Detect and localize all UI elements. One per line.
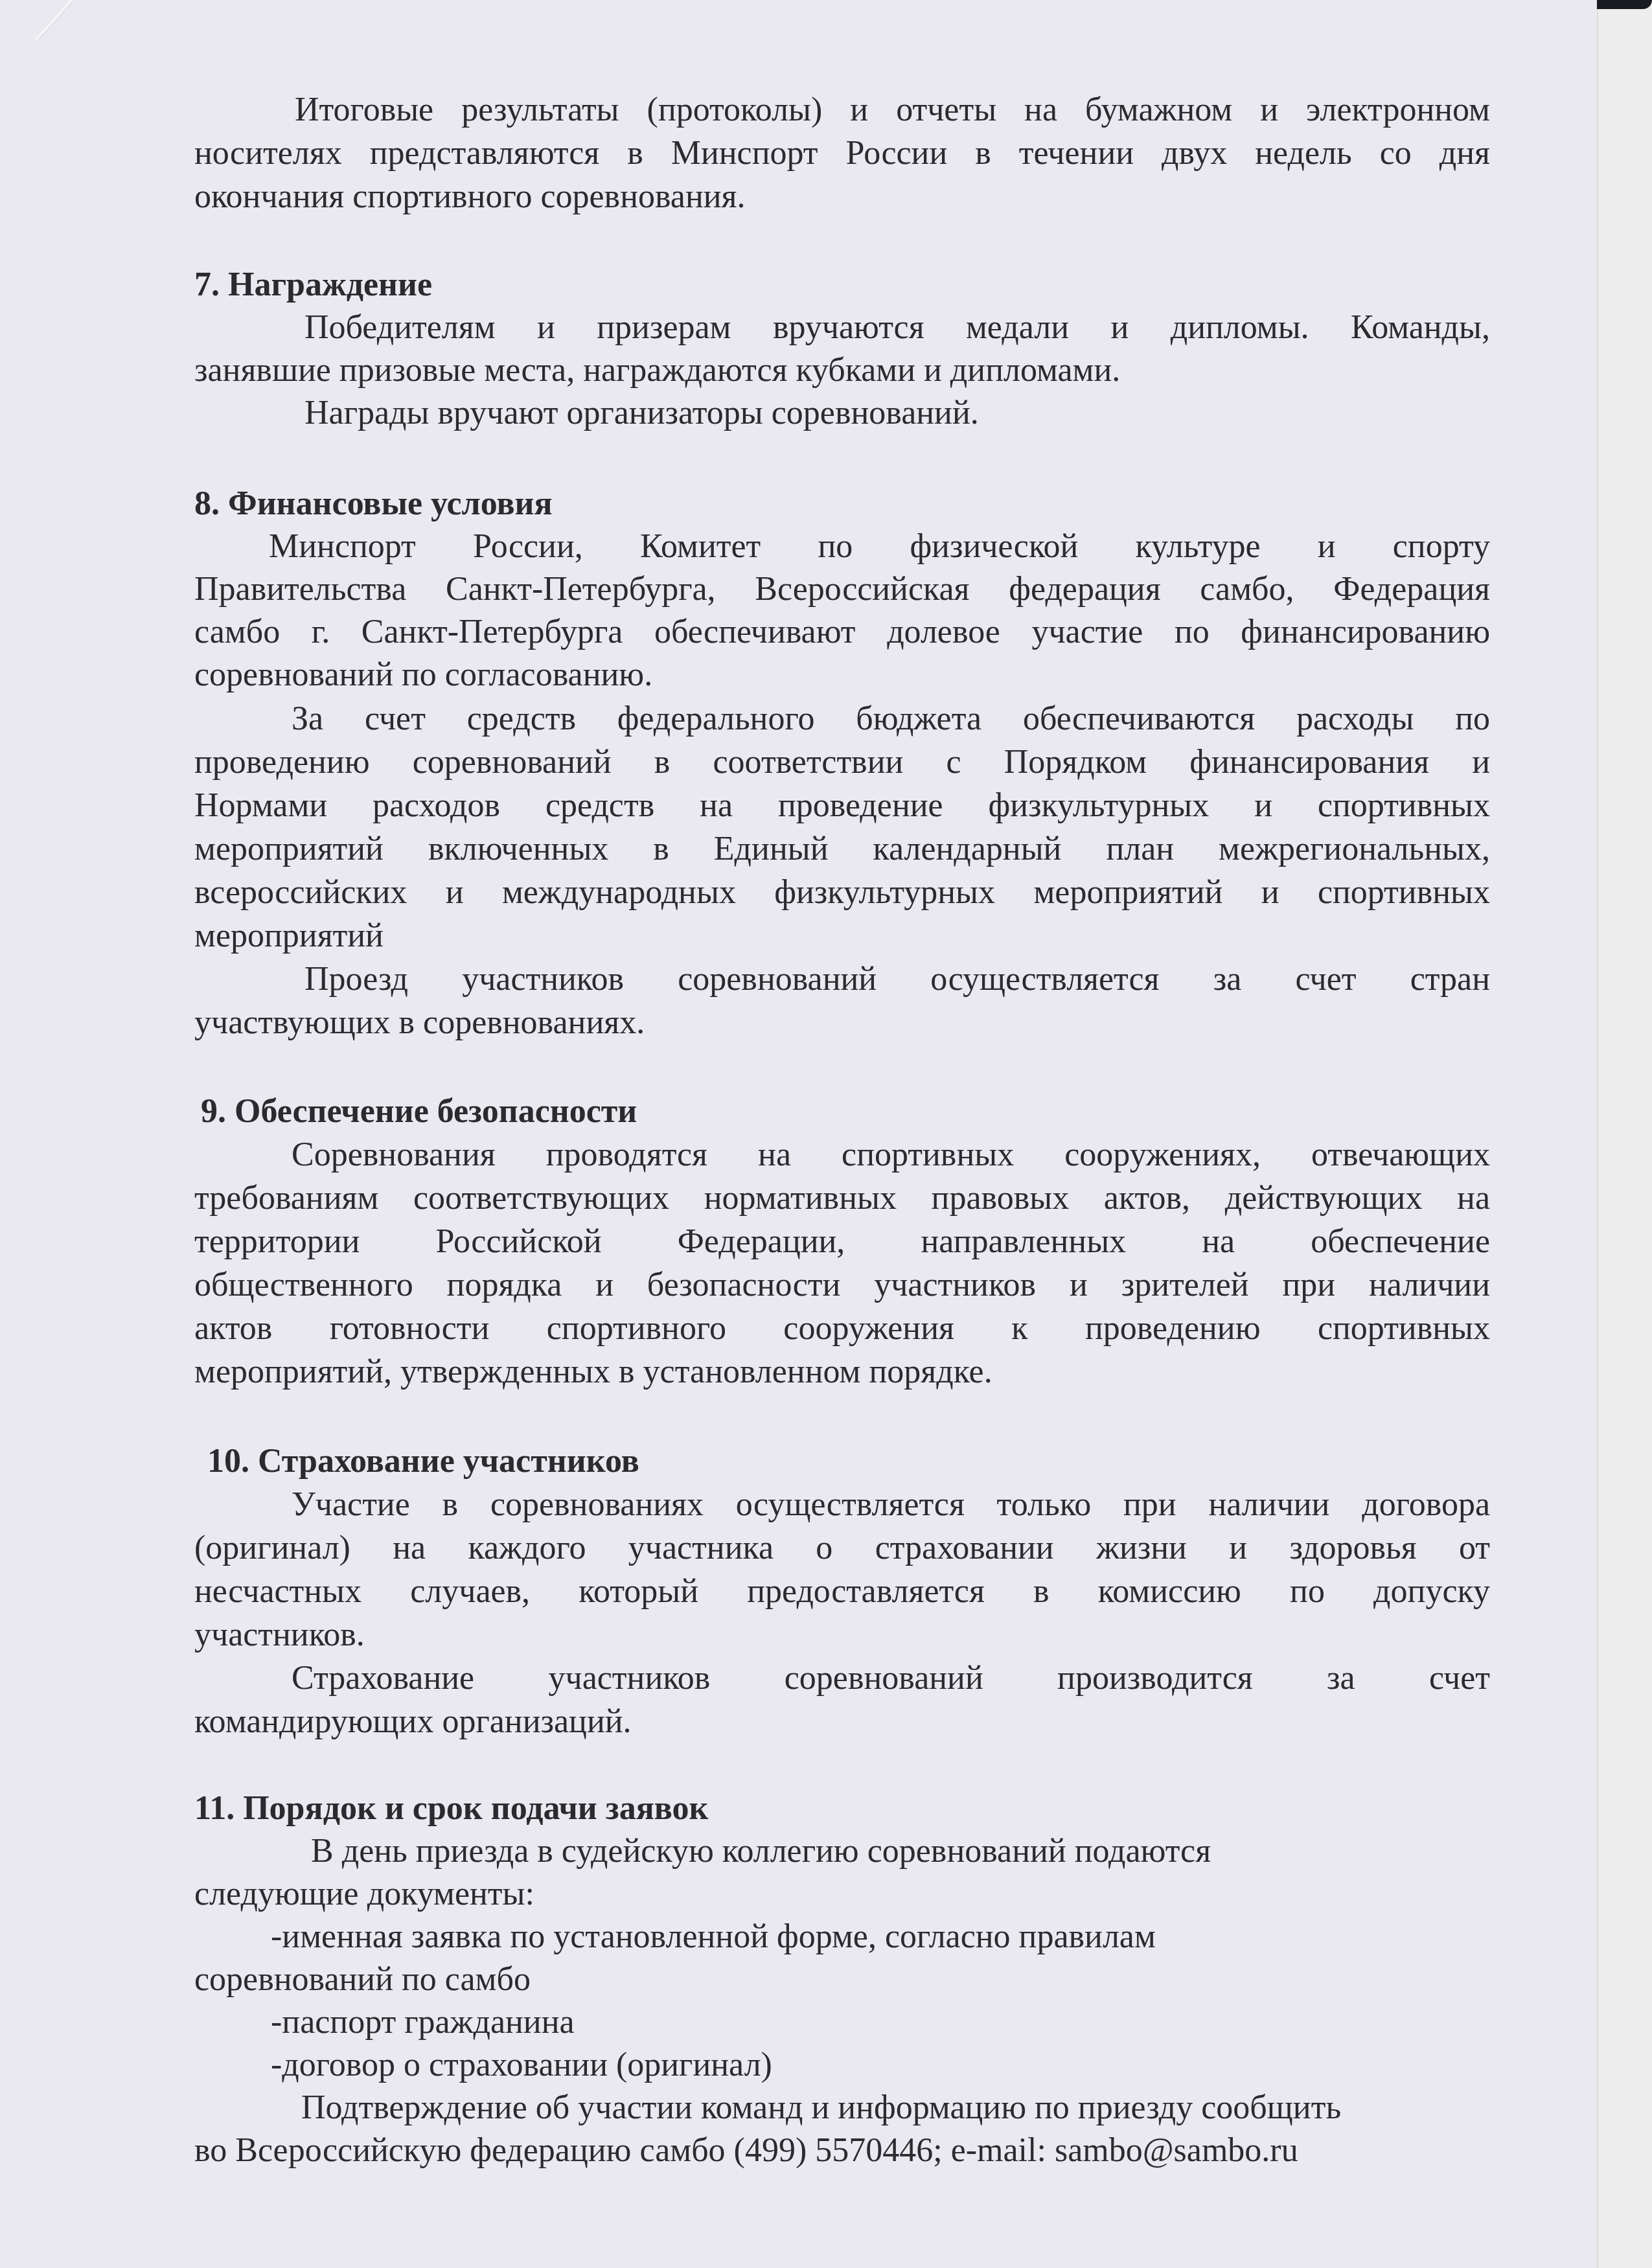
section-7-text: Награды вручают организаторы соревновани… [304,394,1600,433]
section-10-text: Страхование участников соревнований прои… [292,1659,1490,1698]
scan-corner [1597,0,1652,9]
contact-line: во Всероссийскую федерацию самбо (499) 5… [194,2131,1490,2170]
section-9-text: территории Российской Федерации, направл… [194,1222,1490,1261]
section-9-text: мероприятий, утвержденных в установленно… [194,1353,1490,1392]
section-7-heading: 7. Награждение [194,266,1490,304]
intro-line-3: окончания спортивного соревнования. [194,178,1490,216]
section-11-text: В день приезда в судейскую коллегию соре… [311,1832,1607,1871]
intro-line-2: носителях представляются в Минспорт Росс… [194,134,1490,173]
section-11-text: следующие документы: [194,1875,1490,1914]
section-9-text: общественного порядка и безопасности уча… [194,1266,1490,1305]
section-10-text: Участие в соревнованиях осуществляется т… [292,1485,1490,1524]
document-list-item: -именная заявка по установленной форме, … [271,1918,1566,1956]
section-8-text: участвующих в соревнованиях. [194,1003,1490,1042]
section-8-heading: 8. Финансовые условия [194,485,1490,523]
section-9-heading: 9. Обеспечение безопасности [201,1092,1497,1131]
section-8-text: Проезд участников соревнований осуществл… [304,960,1490,999]
section-10-heading: 10. Страхование участников [207,1442,1503,1481]
section-8-text: проведению соревнований в соответствии с… [194,743,1490,782]
section-8-text: мероприятий [194,917,1490,956]
section-10-text: (оригинал) на каждого участника о страхо… [194,1529,1490,1568]
section-8-text: Правительства Санкт-Петербурга, Всеросси… [194,570,1490,609]
document-list-item: -паспорт гражданина [271,2003,1566,2042]
document-list-item: соревнований по самбо [194,1960,1490,1999]
section-8-text: самбо г. Санкт-Петербурга обеспечивают д… [194,613,1490,652]
section-7-text: занявшие призовые места, награждаются ку… [194,351,1490,390]
section-10-text: участников. [194,1616,1490,1655]
section-8-text: всероссийских и международных физкультур… [194,873,1490,912]
section-9-text: требованиям соответствующих нормативных … [194,1179,1490,1218]
section-9-text: Соревнования проводятся на спортивных со… [292,1136,1490,1174]
intro-line-1: Итоговые результаты (протоколы) и отчеты… [295,91,1490,130]
section-8-text: За счет средств федерального бюджета обе… [292,700,1490,739]
section-9-text: актов готовности спортивного сооружения … [194,1309,1490,1348]
section-11-heading: 11. Порядок и срок подачи заявок [194,1789,1490,1828]
scanned-page: Итоговые результаты (протоколы) и отчеты… [0,0,1597,2268]
document-list-item: -договор о страховании (оригинал) [271,2046,1566,2085]
section-8-text: Нормами расходов средств на проведение ф… [194,786,1490,825]
section-10-text: несчастных случаев, который предоставляе… [194,1572,1490,1611]
section-7-text: Победителям и призерам вручаются медали … [304,308,1490,347]
section-8-text: мероприятий включенных в Единый календар… [194,830,1490,869]
section-11-text: Подтверждение об участии команд и информ… [301,2089,1597,2127]
staple-mark-icon [35,0,85,41]
section-8-text: Минспорт России, Комитет по физической к… [269,527,1490,566]
scan-edge [1597,0,1652,2268]
section-8-text: соревнований по согласованию. [194,656,1490,694]
section-10-text: командирующих организаций. [194,1702,1490,1741]
